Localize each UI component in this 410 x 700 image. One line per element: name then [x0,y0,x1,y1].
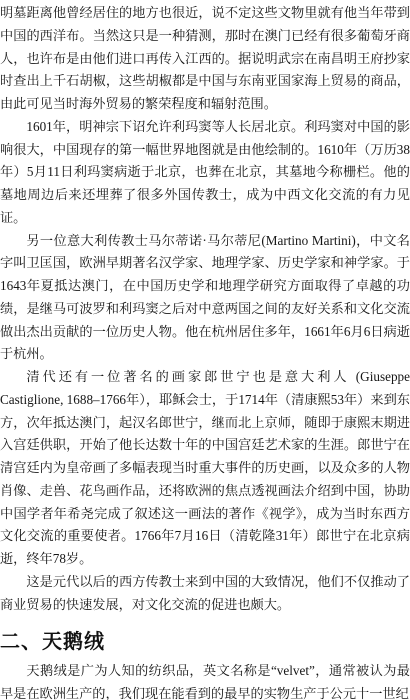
paragraph-summary: 这是元代以后的西方传教士来到中国的大致情况，他们不仅推动了商业贸易的快速发展，对… [0,571,410,617]
paragraph-martino-martini: 另一位意大利传教士马尔蒂诺·马尔蒂尼(Martino Martini)，中文名字… [0,230,410,367]
paragraph-castiglione: 清代还有一位著名的画家郎世宁也是意大利人 (Giuseppe Castiglio… [0,366,410,571]
paragraph-ricci-beijing: 1601年，明神宗下诏允许利玛窦等人长居北京。利玛窦对中国的影响很大，中国现存的… [0,116,410,230]
book-page: 明墓距离他曾经居住的地方也很近，说不定这些文物里就有他当年带到中国的西洋布。当然… [0,0,410,700]
section-heading-velvet: 二、天鹅绒 [0,630,410,654]
paragraph-velvet-intro: 天鹅绒是广为人知的纺织品，英文名称是“velvet”，通常被认为最早是在欧洲生产… [0,660,410,700]
paragraph-continuation: 明墓距离他曾经居住的地方也很近，说不定这些文物里就有他当年带到中国的西洋布。当然… [0,2,410,116]
